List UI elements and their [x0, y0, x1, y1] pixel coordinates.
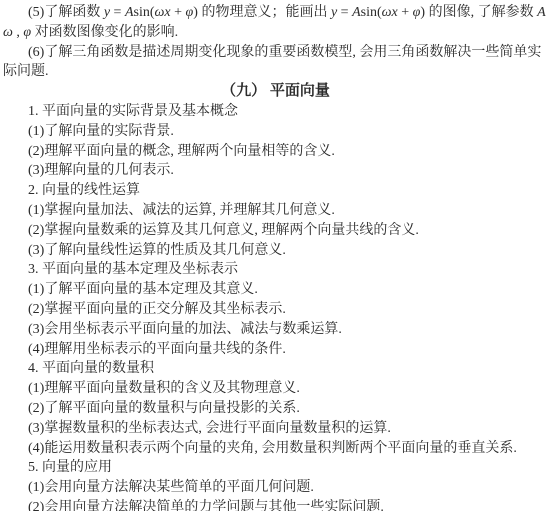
text-run: 的物理意义；能画出	[198, 5, 331, 20]
topic-2: 2. 向量的线性运算	[3, 181, 548, 201]
text-run: (1)了解平面向量的基本定理及其意义.	[28, 282, 258, 297]
text-run: 4. 平面向量的数量积	[28, 361, 154, 376]
text-run: +	[171, 5, 186, 20]
text-line: (4)理解用坐标表示的平面向量共线的条件.	[3, 340, 548, 360]
text-line: (3)会用坐标表示平面向量的加法、减法与数乘运算.	[3, 320, 548, 340]
text-run: (2)掌握平面向量的正交分解及其坐标表示.	[28, 302, 286, 317]
text-run: =	[337, 5, 352, 20]
text-run: ,	[546, 5, 548, 20]
text-run: ,	[13, 25, 24, 40]
text-run: (2)掌握向量数乘的运算及其几何意义, 理解两个向量共线的含义.	[28, 223, 419, 238]
text-line: (2)掌握平面向量的正交分解及其坐标表示.	[3, 300, 548, 320]
text-run: (1)掌握向量加法、减法的运算, 并理解其几何意义.	[28, 203, 335, 218]
text-run: (2)了解平面向量的数量积与向量投影的关系.	[28, 401, 300, 416]
text-line: (5)了解函数 y = Asin(ωx + φ) 的物理意义；能画出 y = A…	[3, 3, 548, 23]
text-run: (1)会用向量方法解决某些简单的平面几何问题.	[28, 480, 314, 495]
text-run: 际问题.	[3, 64, 49, 79]
text-line: (1)了解向量的实际背景.	[3, 122, 548, 142]
text-line: (3)理解向量的几何表示.	[3, 161, 548, 181]
text-run: (5)了解函数	[28, 5, 104, 20]
text-run: 2. 向量的线性运算	[28, 183, 140, 198]
text-line: (2)理解平面向量的概念, 理解两个向量相等的含义.	[3, 142, 548, 162]
text-run: 的图像, 了解参数	[425, 5, 537, 20]
text-line: (3)了解向量线性运算的性质及其几何意义.	[3, 241, 548, 261]
math-variable: φ	[23, 25, 31, 40]
text-run: =	[110, 5, 125, 20]
text-run: (1)理解平面向量数量积的含义及其物理意义.	[28, 381, 300, 396]
text-run: (6)了解三角函数是描述周期变化现象的重要函数模型, 会用三角函数解决一些简单实	[28, 45, 541, 60]
topic-3: 3. 平面向量的基本定理及坐标表示	[3, 260, 548, 280]
text-line: (1)掌握向量加法、减法的运算, 并理解其几何意义.	[3, 201, 548, 221]
text-run: 3. 平面向量的基本定理及坐标表示	[28, 262, 238, 277]
text-run: (4)能运用数量积表示两个向量的夹角, 会用数量积判断两个平面向量的垂直关系.	[28, 441, 517, 456]
text-run: (1)了解向量的实际背景.	[28, 124, 174, 139]
section-heading: （九） 平面向量	[3, 82, 548, 102]
text-run: +	[398, 5, 413, 20]
topic-5: 5. 向量的应用	[3, 458, 548, 478]
text-line: (2)了解平面向量的数量积与向量投影的关系.	[3, 399, 548, 419]
text-line: 际问题.	[3, 62, 548, 82]
text-run: sin(	[361, 5, 382, 20]
document-body: (5)了解函数 y = Asin(ωx + φ) 的物理意义；能画出 y = A…	[3, 3, 548, 511]
text-line: (4)能运用数量积表示两个向量的夹角, 会用数量积判断两个平面向量的垂直关系.	[3, 439, 548, 459]
math-variable: ω	[3, 25, 13, 40]
text-line: (1)会用向量方法解决某些简单的平面几何问题.	[3, 478, 548, 498]
text-run: (3)了解向量线性运算的性质及其几何意义.	[28, 243, 286, 258]
text-line: (2)会用向量方法解决简单的力学问题与其他一些实际问题.	[3, 498, 548, 511]
text-run: 5. 向量的应用	[28, 460, 112, 475]
text-run: (2)理解平面向量的概念, 理解两个向量相等的含义.	[28, 144, 335, 159]
text-run: 1. 平面向量的实际背景及基本概念	[28, 104, 238, 119]
text-line: (6)了解三角函数是描述周期变化现象的重要函数模型, 会用三角函数解决一些简单实	[3, 43, 548, 63]
text-run: (2)会用向量方法解决简单的力学问题与其他一些实际问题.	[28, 500, 384, 511]
text-run: (3)会用坐标表示平面向量的加法、减法与数乘运算.	[28, 322, 342, 337]
text-line: (1)理解平面向量数量积的含义及其物理意义.	[3, 379, 548, 399]
math-variable: A	[537, 5, 546, 20]
math-variable: ωx	[382, 5, 398, 20]
topic-1: 1. 平面向量的实际背景及基本概念	[3, 102, 548, 122]
text-line: (3)掌握数量积的坐标表达式, 会进行平面向量数量积的运算.	[3, 419, 548, 439]
math-variable: A	[125, 5, 134, 20]
text-run: sin(	[134, 5, 155, 20]
text-run: 对函数图像变化的影响.	[31, 25, 178, 40]
text-line: (1)了解平面向量的基本定理及其意义.	[3, 280, 548, 300]
text-run: (3)掌握数量积的坐标表达式, 会进行平面向量数量积的运算.	[28, 421, 391, 436]
text-run: （九） 平面向量	[221, 83, 330, 99]
text-line: (2)掌握向量数乘的运算及其几何意义, 理解两个向量共线的含义.	[3, 221, 548, 241]
math-variable: ωx	[155, 5, 171, 20]
text-run: (3)理解向量的几何表示.	[28, 163, 174, 178]
topic-4: 4. 平面向量的数量积	[3, 359, 548, 379]
text-line: ω , φ 对函数图像变化的影响.	[3, 23, 548, 43]
math-variable: A	[352, 5, 361, 20]
text-run: (4)理解用坐标表示的平面向量共线的条件.	[28, 342, 286, 357]
document-page: (5)了解函数 y = Asin(ωx + φ) 的物理意义；能画出 y = A…	[0, 0, 550, 511]
